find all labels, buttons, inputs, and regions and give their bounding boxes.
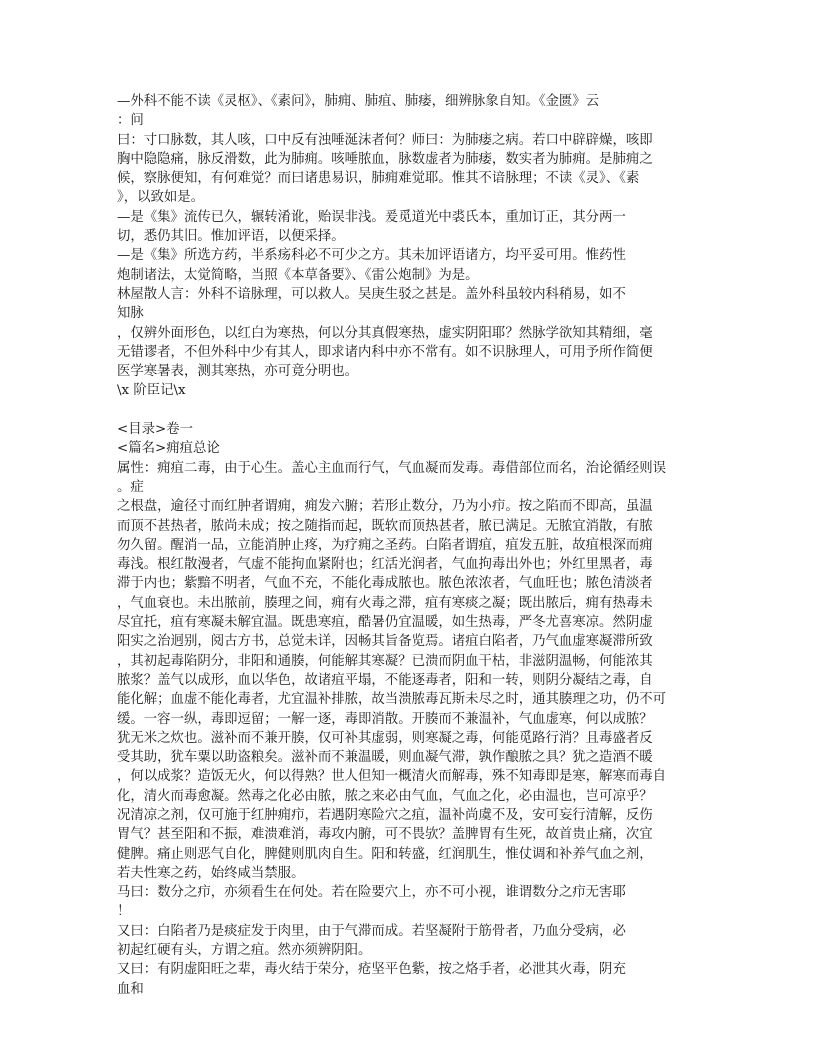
text-line: 知脉 (117, 304, 697, 323)
text-line: 毒浅。根红散漫者，气虚不能拘血紧附也；红活光润者，气血拘毒出外也；外红里黑者，毒 (117, 555, 697, 574)
text-line: 林屋散人言：外科不谙脉理，可以救人。吴庚生驳之甚是。盖外科虽较内科稍易，如不 (117, 285, 697, 304)
text-line: —是《集》所选方药，半系疡科必不可少之方。其未加评语诸方，均平妥可用。惟药性 (117, 246, 697, 265)
text-line: 医学寒暑表，测其寒热，亦可竟分明也。 (117, 362, 697, 381)
text-line: 若夫性寒之药，始终咸当禁服。 (117, 864, 697, 883)
text-line: 犹无米之炊也。滋补而不兼开腠，仅可补其虚弱，则寒凝之毒，何能觅路行消？且毒盛者反 (117, 729, 697, 748)
text-line: 血和 (117, 980, 697, 999)
text-line: 曰：寸口脉数，其人咳，口中反有浊唾涎沫者何？师曰：为肺痿之病。若口中辟辟燥，咳即 (117, 131, 697, 150)
text-line: ，仅辨外面形色，以红白为寒热，何以分其真假寒热，虚实阴阳耶？然脉学欲知其精细，毫 (117, 324, 697, 343)
text-line: 尽宜托，疽有寒凝未解宜温。既患寒疽，酷暑仍宜温暖，如生热毒，严冬尤喜寒凉。然阴虚 (117, 613, 697, 632)
text-line: 缓。一容一纵，毒即逗留；一解一逐，毒即消散。开腠而不兼温补，气血虚寒，何以成脓？ (117, 710, 697, 729)
text-line: 又曰：白陷者乃是痰症发于肉里，由于气滞而成。若坚凝附于筋骨者，乃血分受病，必 (117, 922, 697, 941)
text-line: 胸中隐隐痛，脉反滑数，此为肺痈。咳唾脓血，脉数虚者为肺痿，数实者为肺痈。是肺痈之 (117, 150, 697, 169)
text-line: 又曰：有阴虚阳旺之辈，毒火结于荣分，疮坚平色紫，按之烙手者，必泄其火毒，阴充 (117, 960, 697, 979)
text-line: 》，以致如是。 (117, 188, 697, 207)
text-line: 属性：痈疽二毒，由于心生。盖心主血而行气，气血凝而发毒。毒借部位而名，治论循经则… (117, 459, 697, 478)
text-line: 受其助，犹车粟以助盗粮矣。滋补而不兼温暖，则血凝气滞，孰作酿脓之具？犹之造酒不暖 (117, 748, 697, 767)
text-line: 况清凉之剂，仅可施于红肿痈疖，若遇阴寒险穴之疽，温补尚虞不及，安可妄行清解，反伤 (117, 806, 697, 825)
text-line: 勿久留。醒消一品，立能消肿止疼，为疗痈之圣药。白陷者谓疽，疽发五脏，故疽根深而痈 (117, 536, 697, 555)
text-line: 健脾。痛止则恶气自化，脾健则肌肉自生。阳和转盛，红润肌生，惟仗调和补养气血之剂， (117, 845, 697, 864)
blank-line (117, 401, 697, 420)
text-line: <目录>卷一 (117, 420, 697, 439)
text-line: 胃气？甚至阳和不振，难溃难消，毒攻内腑，可不畏欤？盖脾胃有生死，故首贵止痛，次宜 (117, 825, 697, 844)
text-line: 之根盘，逾径寸而红肿者谓痈，痈发六腑；若形止数分，乃为小疖。按之陷而不即高，虽温 (117, 497, 697, 516)
text-line: 候，察脉便知，有何难觉？而曰诸患易识，肺痈难觉耶。惟其不谙脉理；不读《灵》、《素 (117, 169, 697, 188)
text-line: ，气血衰也。未出脓前，腠理之间，痈有火毒之滞，疽有寒痰之凝；既出脓后，痈有热毒未 (117, 594, 697, 613)
text-line: —是《集》流传已久，辗转淆讹，贻误非浅。爰觅道光中裘氏本，重加订正，其分两一 (117, 208, 697, 227)
text-line: ：问 (117, 111, 697, 130)
text-line: 初起红硬有头，方谓之疽。然亦须辨阴阳。 (117, 941, 697, 960)
text-line: 炮制诸法，太觉简略，当照《本草备要》、《雷公炮制》为是。 (117, 266, 697, 285)
text-line: 滞于内也；紫黯不明者，气血不充，不能化毒成脓也。脓色浓浓者，气血旺也；脓色清淡者 (117, 574, 697, 593)
text-line: 切，悉仍其旧。惟加评语，以便采择。 (117, 227, 697, 246)
text-line: ，何以成浆？造饭无火，何以得熟？世人但知一概清火而解毒，殊不知毒即是寒，解寒而毒… (117, 767, 697, 786)
text-line: 化，清火而毒愈凝。然毒之化必由脓，脓之来必由气血，气血之化，必由温也，岂可凉乎？ (117, 787, 697, 806)
text-line: ！ (117, 902, 697, 921)
text-line: 脓浆？盖气以成形，血以华色，故诸疽平塌，不能逐毒者，阳和一转，则阴分凝结之毒，自 (117, 671, 697, 690)
text-line: 马曰：数分之疖，亦须看生在何处。若在险要穴上，亦不可小视，谁谓数分之疖无害耶 (117, 883, 697, 902)
text-line: 。症 (117, 478, 697, 497)
text-line: \x 阶臣记\x (117, 381, 697, 400)
text-line: ，其初起毒陷阴分，非阳和通腠，何能解其寒凝？已溃而阴血干枯，非滋阴温畅，何能浓其 (117, 652, 697, 671)
text-line: —外科不能不读《灵枢》、《素问》，肺痈、肺疽、肺痿，细辨脉象自知。《金匮》云 (117, 92, 697, 111)
text-line: 阳实之治迥别，阅古方书，总觉未详，因畅其旨备览焉。诸疽白陷者，乃气血虚寒凝滞所致 (117, 632, 697, 651)
text-line: 而顶不甚热者，脓尚未成；按之随指而起，既软而顶热甚者，脓已满足。无脓宜消散，有脓 (117, 517, 697, 536)
text-line: <篇名>痈疽总论 (117, 439, 697, 458)
document-page: —外科不能不读《灵枢》、《素问》，肺痈、肺疽、肺痿，细辨脉象自知。《金匮》云：问… (117, 92, 697, 999)
text-line: 无错谬者，不但外科中少有其人，即求诸内科中亦不常有。如不识脉理人，可用予所作简便 (117, 343, 697, 362)
text-line: 能化解；血虚不能化毒者，尤宜温补排脓，故当溃脓毒瓦斯未尽之时，通其腠理之功，仍不… (117, 690, 697, 709)
